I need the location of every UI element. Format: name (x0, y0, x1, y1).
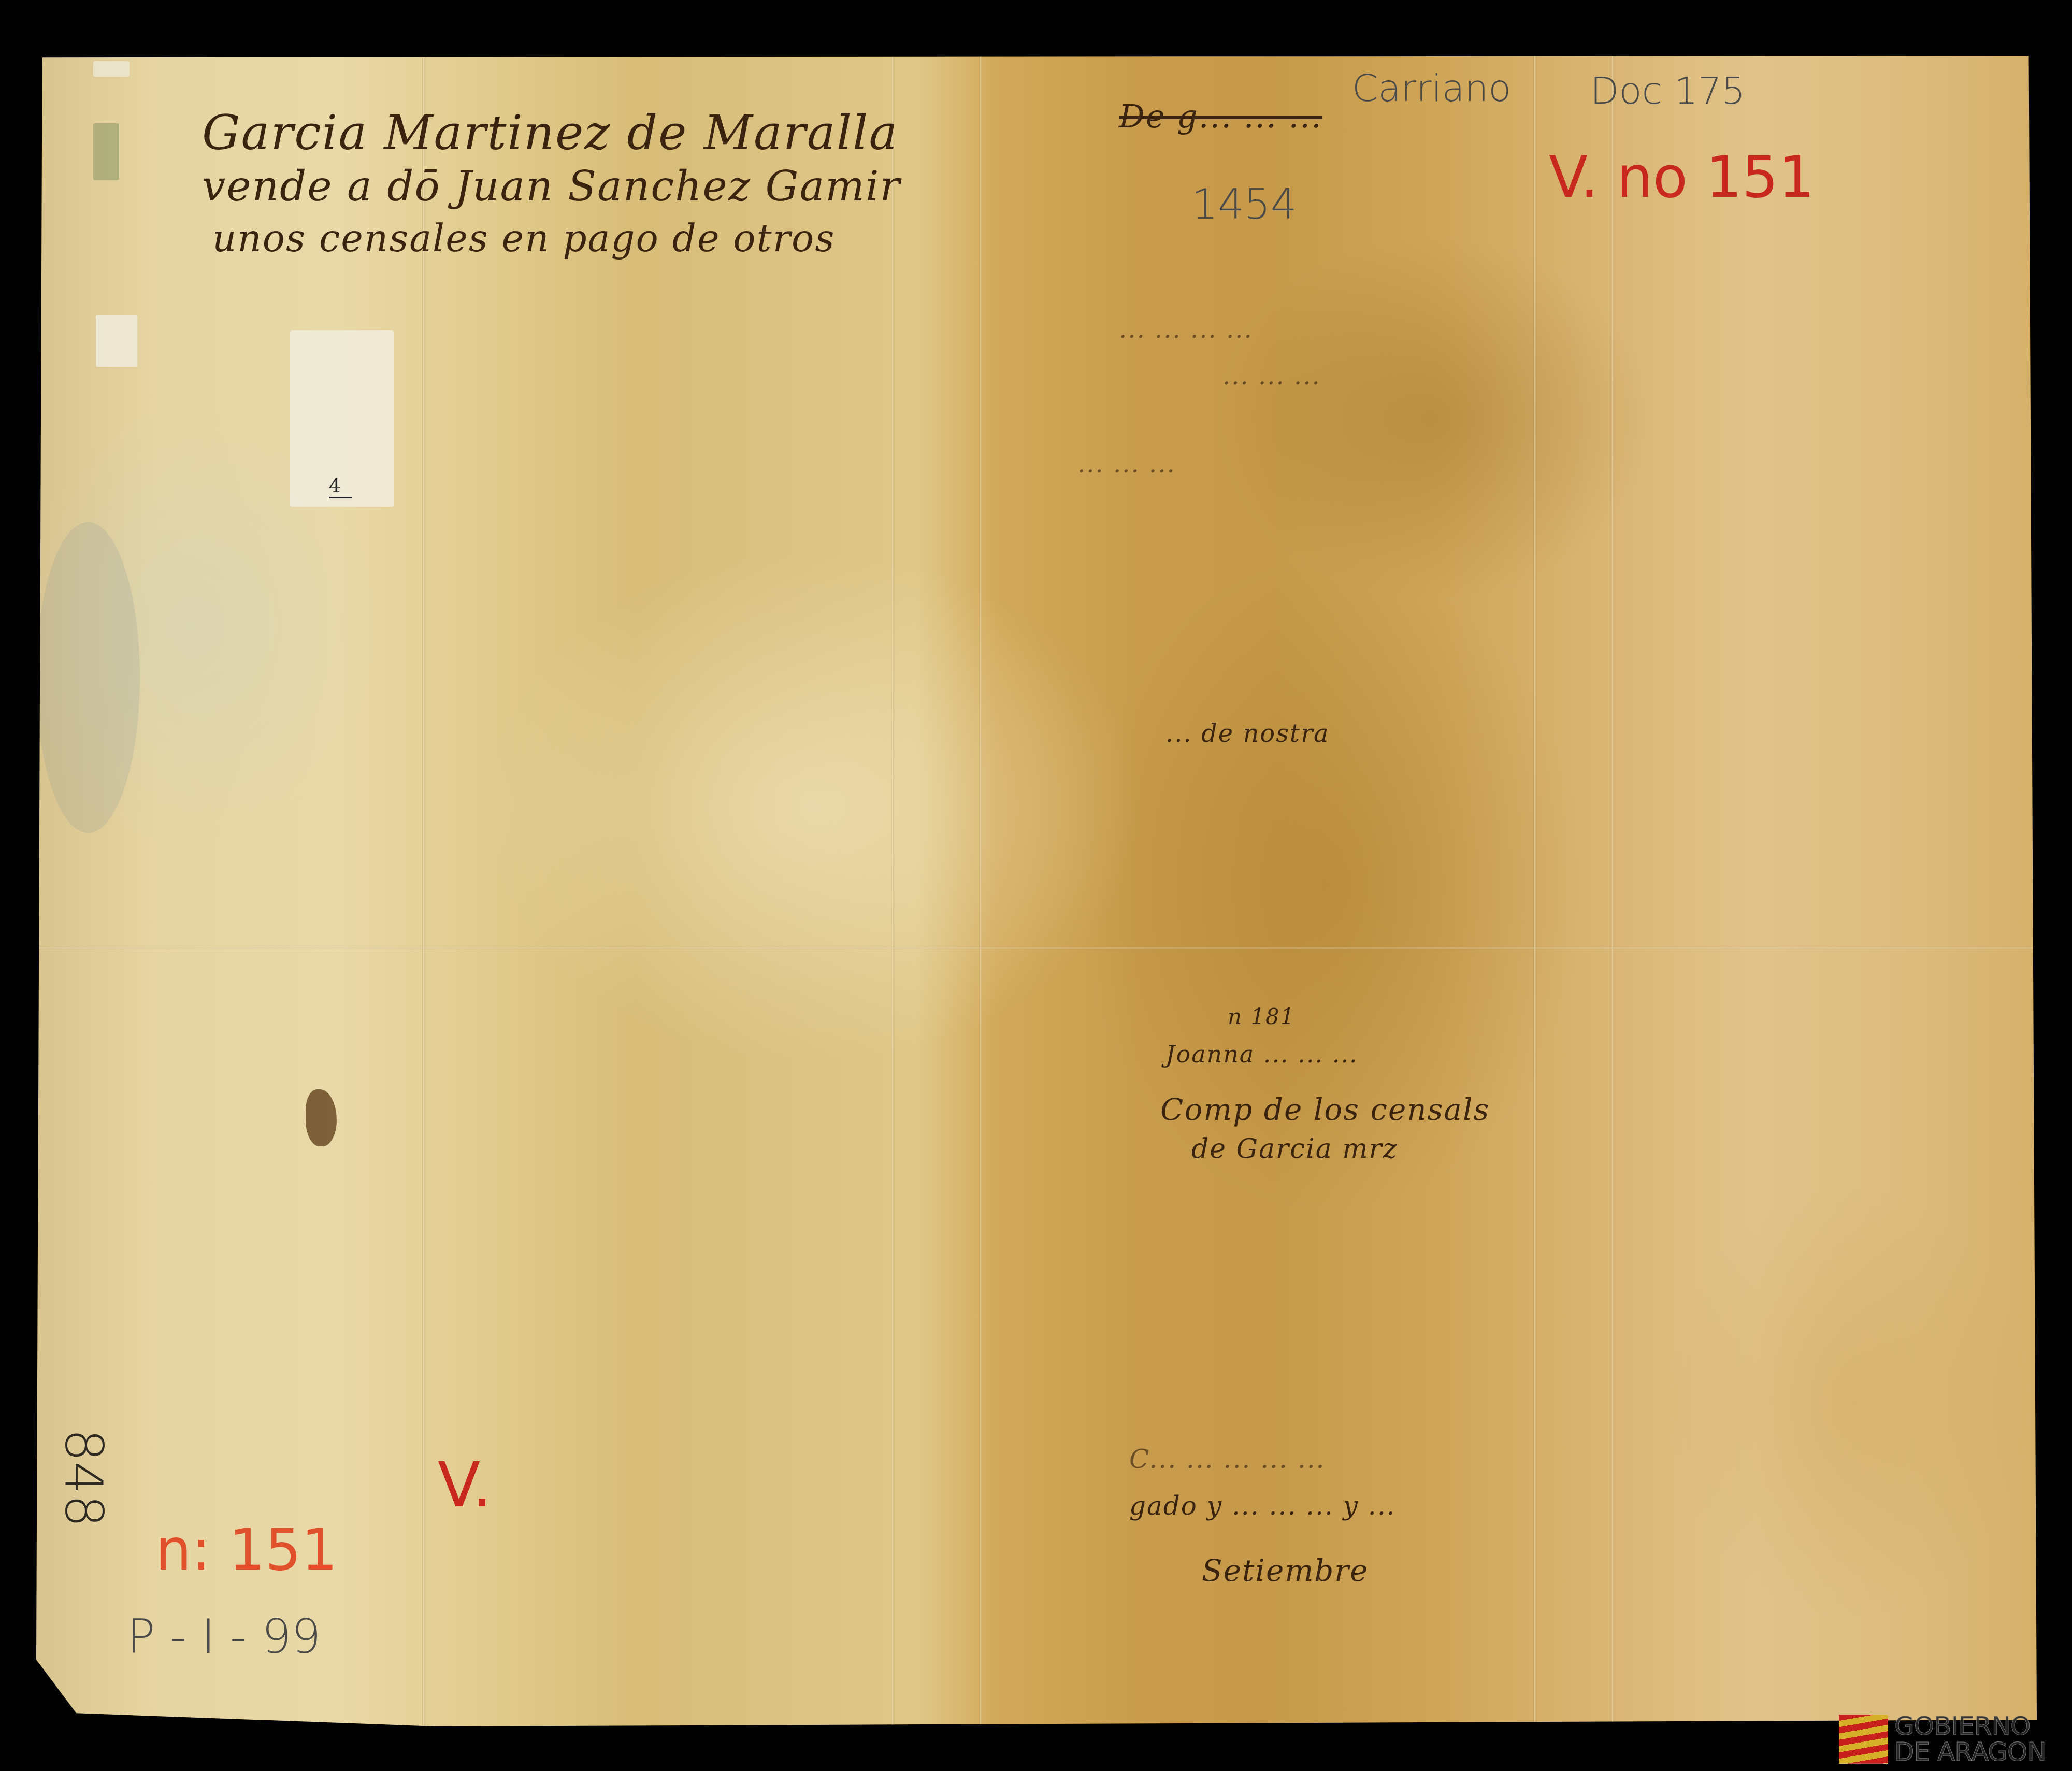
summary-line: vende a dō Juan Sanchez Gamir (202, 162, 901, 210)
middle-note: ... de nostra (1165, 719, 1330, 748)
red-reference-bottom-suffix: V. (438, 1449, 492, 1521)
struck-line: De g... ... ... (1119, 97, 1322, 135)
green-stain (93, 123, 119, 180)
fold-line (891, 56, 894, 1726)
faint-line: ... ... ... ... (1119, 315, 1253, 344)
logo-line: GOBIERNO (1894, 1713, 2046, 1739)
fold-line (1611, 56, 1614, 1726)
patch-number: 4 (329, 476, 352, 498)
bottom-line: gado y ... ... ... y ... (1129, 1491, 1396, 1521)
number-note: n 181 (1228, 1004, 1296, 1029)
month: Setiembre (1202, 1553, 1369, 1588)
fold-line (979, 56, 982, 1726)
summary-line: Garcia Martinez de Maralla (202, 105, 898, 161)
water-stain (36, 522, 140, 833)
bottom-line: C... ... ... ... ... (1129, 1444, 1325, 1474)
red-reference-bottom: n: 151 (155, 1517, 338, 1583)
paper-patch (96, 315, 137, 367)
faint-line: ... ... ... (1222, 362, 1321, 391)
image-viewer: Garcia Martinez de Maralla vende a dō Ju… (0, 0, 2072, 1771)
faint-line: ... ... ... (1077, 450, 1176, 479)
archive-name: Carriano (1352, 66, 1511, 110)
archive-doc-number: Doc 175 (1590, 69, 1745, 112)
shelfmark: P - I - 99 (127, 1610, 321, 1664)
title-line: de Garcia mrz (1191, 1133, 1398, 1164)
logo-text: GOBIERNO DE ARAGON (1894, 1713, 2046, 1765)
year: 1454 (1191, 180, 1297, 228)
logo-line: DE ARAGON (1894, 1739, 2046, 1765)
name-note: Joanna ... ... ... (1165, 1040, 1358, 1068)
ink-stain (306, 1089, 337, 1146)
gobierno-de-aragon-logo: GOBIERNO DE ARAGON (1839, 1713, 2046, 1765)
parchment-document: Garcia Martinez de Maralla vende a dō Ju… (36, 56, 2037, 1726)
aragon-flag-icon (1839, 1715, 1888, 1764)
summary-line: unos censales en pago de otros (212, 217, 835, 260)
fold-line (1533, 56, 1536, 1726)
red-reference: V. no 151 (1549, 144, 1815, 210)
title-line: Comp de los censals (1160, 1092, 1490, 1127)
vertical-number: 848 (53, 1429, 114, 1528)
paper-patch (93, 61, 129, 77)
fold-line (36, 947, 2037, 949)
fold-line (422, 56, 425, 1726)
